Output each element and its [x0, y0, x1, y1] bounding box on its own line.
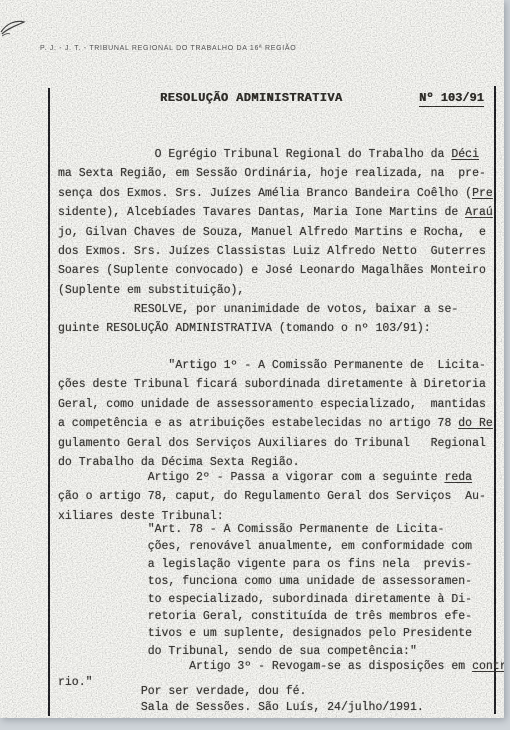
- scanned-document: { "scan": { "letterhead": "P. J. - J. T.…: [0, 0, 510, 730]
- document-title: RESOLUÇÃO ADMINISTRATIVA: [160, 91, 342, 105]
- doc-line: ção o artigo 78, caput, do Regulamento G…: [58, 487, 486, 506]
- doc-line: gulamento Geral dos Serviços Auxiliares …: [58, 434, 493, 453]
- letterhead: P. J. - J. T. - TRIBUNAL REGIONAL DO TRA…: [40, 45, 296, 52]
- right-margin-rule: [494, 86, 496, 714]
- hyphenation-underline: Déci: [451, 148, 479, 161]
- doc-line: ções, renovável anualmente, em conformid…: [58, 538, 472, 555]
- pen-mark-icon: [0, 12, 40, 42]
- doc-line: do Tribunal, sendo de sua competência:": [58, 643, 472, 660]
- paragraph-opening: O Egrégio Tribunal Regional do Trabalho …: [58, 145, 493, 300]
- paragraph-resolve: RESOLVE, por unanimidade de votos, baixa…: [58, 300, 458, 339]
- doc-line: tos, funciona como uma unidade de assess…: [58, 573, 472, 590]
- doc-line: Geral, como unidade de assessoramento es…: [58, 395, 493, 414]
- doc-line: O Egrégio Tribunal Regional do Trabalho …: [58, 145, 493, 164]
- document-number: Nº 103/91: [419, 91, 484, 107]
- doc-line: Artigo 3º - Revogam-se as disposições em…: [58, 659, 504, 675]
- hyphenation-underline: contrá: [472, 660, 504, 673]
- hyphenation-underline: do Re: [458, 417, 493, 430]
- doc-line: guinte RESOLUÇÃO ADMINISTRATIVA (tomando…: [58, 319, 458, 338]
- doc-line: Sala de Sessões. São Luís, 24/julho/1991…: [58, 700, 424, 716]
- doc-line: dos Exmos. Srs. Juízes Classistas Luiz A…: [58, 242, 493, 261]
- doc-line: ções deste Tribunal ficará subordinada d…: [58, 375, 493, 394]
- doc-line: a competência e as atribuições estabelec…: [58, 414, 493, 433]
- doc-line: Soares (Suplente convocado) e José Leona…: [58, 261, 493, 280]
- doc-line: sidente), Alcebíades Tavares Dantas, Mar…: [58, 203, 493, 222]
- doc-line: Artigo 2º - Passa a vigorar com a seguin…: [58, 468, 486, 487]
- paragraph-artigo-1: "Artigo 1º - A Comissão Permanente de Li…: [58, 356, 493, 472]
- hyphenation-underline: Araú: [465, 206, 493, 219]
- doc-line: ma Sexta Região, em Sessão Ordinária, ho…: [58, 164, 493, 183]
- paragraph-closing: Por ser verdade, dou fé. Sala de Sessões…: [58, 684, 424, 715]
- doc-line: Por ser verdade, dou fé.: [58, 684, 424, 700]
- doc-line: "Art. 78 - A Comissão Permanente de Lici…: [58, 521, 472, 538]
- document-page: P. J. - J. T. - TRIBUNAL REGIONAL DO TRA…: [0, 0, 504, 718]
- doc-line: to especializado, subordinada diretament…: [58, 591, 472, 608]
- paragraph-artigo-2: Artigo 2º - Passa a vigorar com a seguin…: [58, 468, 486, 526]
- doc-line: "Artigo 1º - A Comissão Permanente de Li…: [58, 356, 493, 375]
- doc-line: retoria Geral, constituída de três membr…: [58, 608, 472, 625]
- doc-line: (Suplente em substituição),: [58, 281, 493, 300]
- doc-line: RESOLVE, por unanimidade de votos, baixa…: [58, 300, 458, 319]
- hyphenation-underline: reda: [444, 471, 472, 484]
- doc-line: sença dos Exmos. Srs. Juízes Amélia Bran…: [58, 184, 493, 203]
- doc-line: tivos e um suplente, designados pelo Pre…: [58, 625, 472, 642]
- hyphenation-underline: Pre: [472, 187, 493, 200]
- left-margin-rule: [48, 88, 50, 716]
- doc-line: jo, Gilvan Chaves de Souza, Manuel Alfre…: [58, 223, 493, 242]
- doc-line: a legislação vigente para os fins nela p…: [58, 556, 472, 573]
- blockquote-art-78: "Art. 78 - A Comissão Permanente de Lici…: [58, 521, 472, 660]
